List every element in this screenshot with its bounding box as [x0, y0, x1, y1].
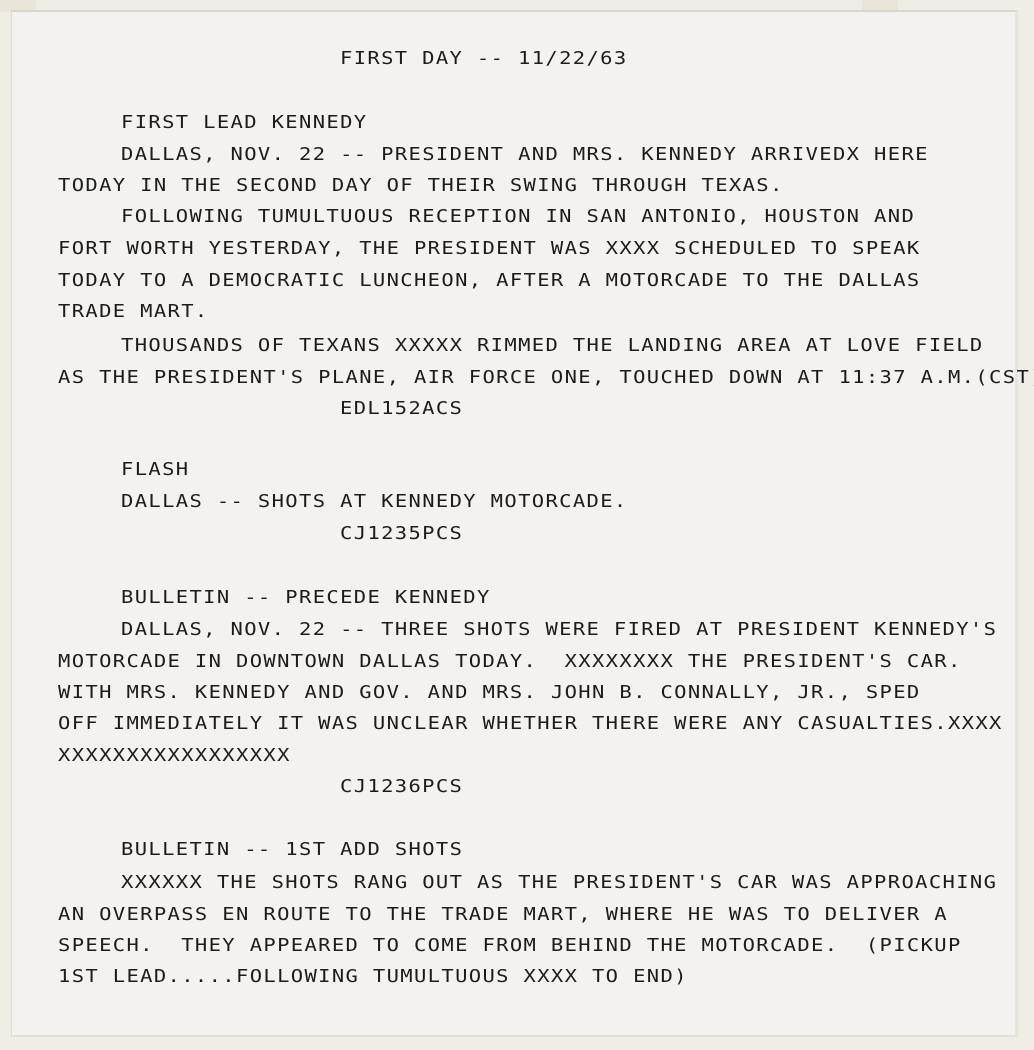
body-line: AN OVERPASS EN ROUTE TO THE TRADE MART, … [58, 905, 948, 923]
body-line: THOUSANDS OF TEXANS XXXXX RIMMED THE LAN… [121, 336, 984, 354]
body-line: AS THE PRESIDENT'S PLANE, AIR FORCE ONE,… [58, 368, 1034, 386]
body-line: XXXXXX THE SHOTS RANG OUT AS THE PRESIDE… [121, 873, 997, 891]
section-slug-flash: FLASH [121, 460, 189, 478]
body-line: DALLAS, NOV. 22 -- PRESIDENT AND MRS. KE… [121, 145, 929, 163]
body-line: SPEECH. THEY APPEARED TO COME FROM BEHIN… [58, 936, 962, 954]
document-header: FIRST DAY -- 11/22/63 [340, 49, 628, 67]
transmission-code: CJ1235PCS [340, 524, 463, 542]
body-line: WITH MRS. KENNEDY AND GOV. AND MRS. JOHN… [58, 683, 921, 701]
body-line: 1ST LEAD.....FOLLOWING TUMULTUOUS XXXX T… [58, 967, 688, 985]
body-line: XXXXXXXXXXXXXXXXX [58, 746, 291, 764]
body-line: DALLAS -- SHOTS AT KENNEDY MOTORCADE. [121, 492, 628, 510]
section-slug-bulletin-precede: BULLETIN -- PRECEDE KENNEDY [121, 588, 491, 606]
transmission-code: CJ1236PCS [340, 777, 463, 795]
body-line: TRADE MART. [58, 302, 209, 320]
body-line: FORT WORTH YESTERDAY, THE PRESIDENT WAS … [58, 239, 921, 257]
body-line: FOLLOWING TUMULTUOUS RECEPTION IN SAN AN… [121, 207, 915, 225]
body-line: MOTORCADE IN DOWNTOWN DALLAS TODAY. XXXX… [58, 652, 962, 670]
body-line: OFF IMMEDIATELY IT WAS UNCLEAR WHETHER T… [58, 714, 1003, 732]
section-slug-bulletin-1st-add: BULLETIN -- 1ST ADD SHOTS [121, 840, 463, 858]
body-line: TODAY TO A DEMOCRATIC LUNCHEON, AFTER A … [58, 271, 921, 289]
body-line: DALLAS, NOV. 22 -- THREE SHOTS WERE FIRE… [121, 620, 997, 638]
body-line: TODAY IN THE SECOND DAY OF THEIR SWING T… [58, 176, 784, 194]
transmission-code: EDL152ACS [340, 399, 463, 417]
section-slug-first-lead: FIRST LEAD KENNEDY [121, 113, 367, 131]
